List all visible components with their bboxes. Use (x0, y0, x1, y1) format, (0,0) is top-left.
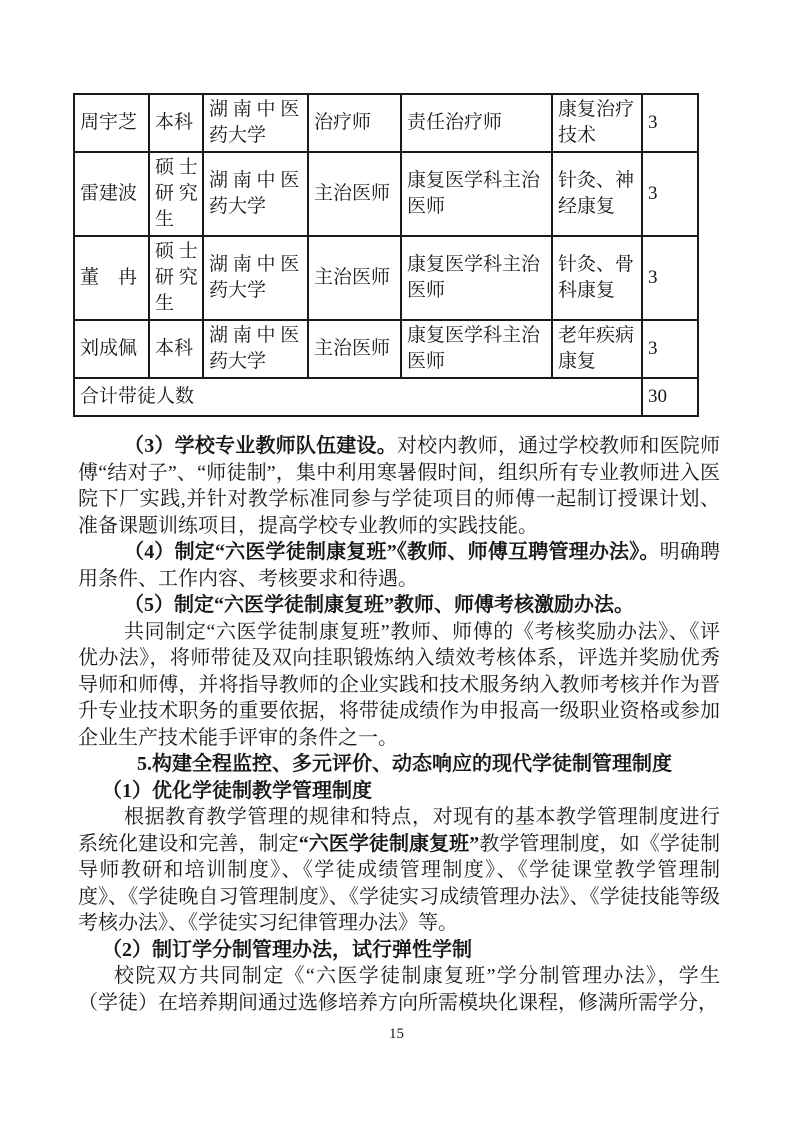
heading-sub-1: （1）优化学徒制教学管理制度 (78, 778, 720, 805)
table-cell-count: 3 (642, 94, 698, 152)
mentor-table: 周宇芝 本科 湖 南 中 医 药大学 治疗师 责任治疗师 康复治疗 技术 3 雷… (73, 93, 699, 417)
table-cell-title: 主治医师 (308, 320, 401, 378)
paragraph-4-mutual-hire: （4）制定“六医学徒制康复班”《教师、师傅互聘管理办法》。明确聘用条件、工作内容… (78, 539, 720, 592)
paragraph-heading: （3）学校专业教师队伍建设。 (124, 435, 397, 457)
heading-sub-2: （2）制订学分制管理办法，试行弹性学制 (78, 937, 720, 964)
table-cell-position: 康复医学科主治 医师 (401, 320, 552, 378)
heading-text: （1）优化学徒制教学管理制度 (102, 780, 372, 802)
table-summary-label: 合计带徒人数 (74, 378, 642, 416)
table-cell-specialty: 康复治疗 技术 (552, 94, 642, 152)
table-cell-title: 主治医师 (308, 236, 401, 320)
table-cell-university: 湖 南 中 医 药大学 (203, 320, 308, 378)
paragraph-credit-system: 校院双方共同制定《“六医学徒制康复班”学分制管理办法》，学生（学徒）在培养期间通… (78, 963, 720, 1016)
page-number: 15 (0, 1026, 793, 1043)
table-cell-degree: 本科 (149, 94, 203, 152)
table-row: 周宇芝 本科 湖 南 中 医 药大学 治疗师 责任治疗师 康复治疗 技术 3 (74, 94, 698, 152)
paragraph-text: 校院双方共同制定《“六医学徒制康复班”学分制管理办法》，学生（学徒）在培养期间通… (78, 965, 720, 1014)
paragraph-heading: （5）制定“六医学徒制康复班”教师、师傅考核激励办法。 (124, 594, 634, 616)
body-text: （3）学校专业教师队伍建设。对校内教师，通过学校教师和医院师傅“结对子”、“师徒… (78, 433, 720, 1016)
table-summary-value: 30 (642, 378, 698, 416)
table-cell-name: 雷建波 (74, 152, 149, 236)
heading-text: 5.构建全程监控、多元评价、动态响应的现代学徒制管理制度 (137, 753, 672, 775)
paragraph-text: 共同制定“六医学徒制康复班”教师、师傅的《考核奖励办法》、《评优办法》，将师带徒… (78, 621, 720, 749)
table-cell-university: 湖 南 中 医 药大学 (203, 236, 308, 320)
paragraph-5-incentive: （5）制定“六医学徒制康复班”教师、师傅考核激励办法。 (78, 592, 720, 619)
table-cell-name: 周宇芝 (74, 94, 149, 152)
table-cell-name: 董 冉 (74, 236, 149, 320)
table-cell-specialty: 针灸、神 经康复 (552, 152, 642, 236)
paragraph-3-teacher-team: （3）学校专业教师队伍建设。对校内教师，通过学校教师和医院师傅“结对子”、“师徒… (78, 433, 720, 539)
table-cell-name: 刘成佩 (74, 320, 149, 378)
heading-text: （2）制订学分制管理办法，试行弹性学制 (102, 939, 472, 961)
table-summary-row: 合计带徒人数 30 (74, 378, 698, 416)
table-row: 刘成佩 本科 湖 南 中 医 药大学 主治医师 康复医学科主治 医师 老年疾病 … (74, 320, 698, 378)
table-cell-count: 3 (642, 236, 698, 320)
table-cell-university: 湖 南 中 医 药大学 (203, 152, 308, 236)
table-cell-specialty: 老年疾病 康复 (552, 320, 642, 378)
table-row: 董 冉 硕 士 研 究 生 湖 南 中 医 药大学 主治医师 康复医学科主治 医… (74, 236, 698, 320)
table-cell-degree: 硕 士 研 究 生 (149, 236, 203, 320)
paragraph-bold-phrase: “六医学徒制康复班” (299, 833, 480, 855)
table-cell-position: 康复医学科主治 医师 (401, 236, 552, 320)
paragraph-teaching-mgmt: 根据教育教学管理的规律和特点，对现有的基本教学管理制度进行系统化建设和完善，制定… (78, 804, 720, 937)
table-cell-title: 治疗师 (308, 94, 401, 152)
table-row: 雷建波 硕 士 研 究 生 湖 南 中 医 药大学 主治医师 康复医学科主治 医… (74, 152, 698, 236)
table-cell-position: 康复医学科主治 医师 (401, 152, 552, 236)
paragraph-assessment-detail: 共同制定“六医学徒制康复班”教师、师傅的《考核奖励办法》、《评优办法》，将师带徒… (78, 619, 720, 752)
table-cell-degree: 硕 士 研 究 生 (149, 152, 203, 236)
table-cell-count: 3 (642, 320, 698, 378)
table-cell-title: 主治医师 (308, 152, 401, 236)
table-cell-position: 责任治疗师 (401, 94, 552, 152)
table-cell-degree: 本科 (149, 320, 203, 378)
table-cell-count: 3 (642, 152, 698, 236)
document-page: 周宇芝 本科 湖 南 中 医 药大学 治疗师 责任治疗师 康复治疗 技术 3 雷… (0, 0, 793, 1122)
table-cell-university: 湖 南 中 医 药大学 (203, 94, 308, 152)
heading-section-5: 5.构建全程监控、多元评价、动态响应的现代学徒制管理制度 (78, 751, 720, 778)
table-cell-specialty: 针灸、骨 科康复 (552, 236, 642, 320)
paragraph-heading: （4）制定“六医学徒制康复班”《教师、师傅互聘管理办法》。 (124, 541, 660, 563)
